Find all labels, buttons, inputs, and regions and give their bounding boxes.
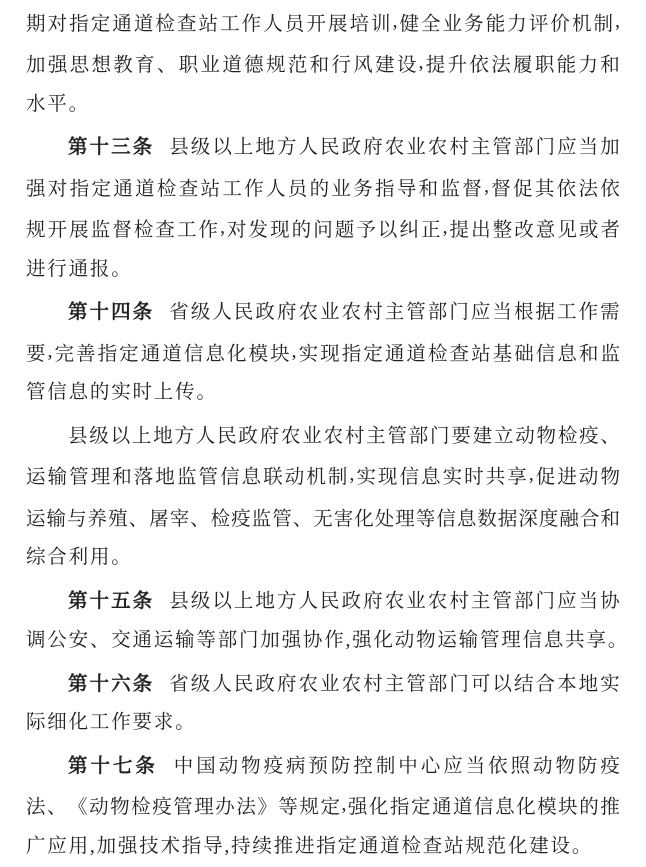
line-text: 综合利用。 [26,547,133,568]
line-text: 管信息的实时上传。 [26,382,218,403]
text-line: 运输管理和落地监管信息联动机制,实现信息实时共享,促进动物 [26,455,620,496]
text-line: 法、《动物检疫管理办法》等规定,强化指定通道信息化模块的推 [26,785,620,826]
line-text: 际细化工作要求。 [26,712,196,733]
text-line: 运输与养殖、屠宰、检疫监管、无害化处理等信息数据深度融合和 [26,496,620,537]
text-line: 广应用,加强技术指导,持续推进指定通道检查站规范化建设。 [26,826,620,867]
text-line-article-17: 第十七条中国动物疫病预防控制中心应当依照动物防疫 [26,744,620,785]
text-line: 水平。 [26,84,620,125]
line-text: 广应用,加强技术指导,持续推进指定通道检查站规范化建设。 [26,836,593,857]
text-line: 管信息的实时上传。 [26,372,620,413]
document-page: 期对指定通道检查站工作人员开展培训,健全业务能力评价机制, 加强思想教育、职业道… [0,0,646,867]
line-text: 进行通报。 [26,259,133,280]
text-line: 调公安、交通运输等部门加强协作,强化动物运输管理信息共享。 [26,620,620,661]
text-line: 期对指定通道检查站工作人员开展培训,健全业务能力评价机制, [26,1,620,42]
text-line: 际细化工作要求。 [26,702,620,743]
text-line: 县级以上地方人民政府农业农村主管部门要建立动物检疫、 [26,414,620,455]
text-line: 加强思想教育、职业道德规范和行风建设,提升依法履职能力和 [26,42,620,83]
text-line: 综合利用。 [26,537,620,578]
text-line-article-14: 第十四条省级人民政府农业农村主管部门应当根据工作需 [26,290,620,331]
text-line: 规开展监督检查工作,对发现的问题予以纠正,提出整改意见或者 [26,207,620,248]
line-text: 调公安、交通运输等部门加强协作,强化动物运输管理信息共享。 [26,630,629,651]
text-line: 要,完善指定通道信息化模块,实现指定通道检查站基础信息和监 [26,331,620,372]
line-text: 水平。 [26,94,90,115]
text-line-article-15: 第十五条县级以上地方人民政府农业农村主管部门应当协 [26,579,620,620]
text-line: 进行通报。 [26,249,620,290]
text-line-article-16: 第十六条省级人民政府农业农村主管部门可以结合本地实 [26,661,620,702]
text-line-article-13: 第十三条县级以上地方人民政府农业农村主管部门应当加 [26,125,620,166]
text-line: 强对指定通道检查站工作人员的业务指导和监督,督促其依法依 [26,166,620,207]
document-text-block: 期对指定通道检查站工作人员开展培训,健全业务能力评价机制, 加强思想教育、职业道… [26,1,620,867]
